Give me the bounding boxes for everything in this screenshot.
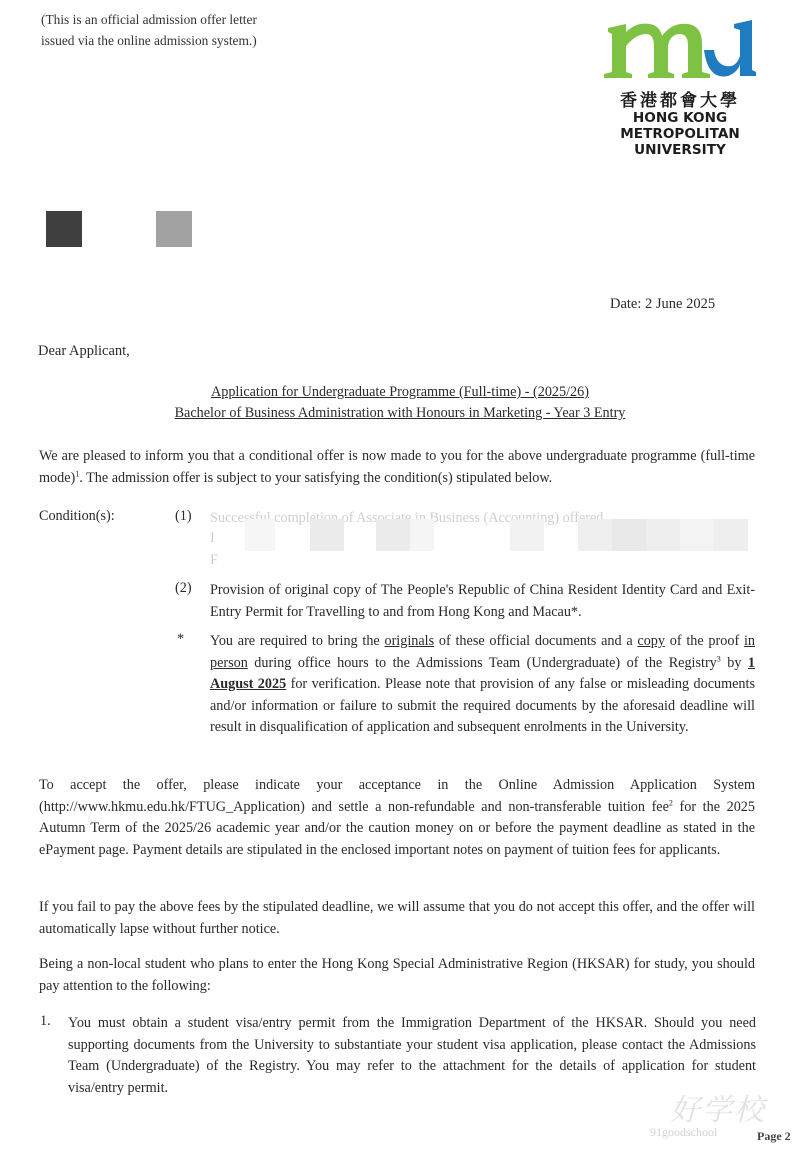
redaction-blur <box>680 519 714 551</box>
intro-paragraph: We are pleased to inform you that a cond… <box>39 446 755 489</box>
redaction-blur <box>245 519 275 551</box>
nonlocal-item-1-number: 1. <box>40 1013 51 1030</box>
official-letter-note: (This is an official admission offer let… <box>41 9 261 51</box>
mu-logo-mark-icon <box>598 10 758 82</box>
redaction-block-dark <box>46 211 82 247</box>
redaction-blur <box>510 519 544 551</box>
letter-date: Date: 2 June 2025 <box>610 296 715 313</box>
lapse-paragraph: If you fail to pay the above fees by the… <box>39 897 755 940</box>
redaction-blur <box>310 519 344 551</box>
programme-title: Bachelor of Business Administration with… <box>0 403 800 424</box>
condition-2-number: (2) <box>175 580 192 597</box>
watermark: 好学校 91goodschool <box>650 1085 800 1155</box>
condition-2-text: Provision of original copy of The People… <box>210 580 755 623</box>
application-title: Application for Undergraduate Programme … <box>0 382 800 403</box>
programme-titles: Application for Undergraduate Programme … <box>0 382 800 424</box>
footnote-marker: * <box>177 631 184 648</box>
redaction-blur <box>410 519 434 551</box>
redaction-block-light <box>156 211 192 247</box>
nonlocal-intro: Being a non-local student who plans to e… <box>39 954 755 997</box>
redaction-blur <box>612 519 646 551</box>
watermark-cn: 好学校 <box>670 1085 766 1129</box>
redaction-blur <box>714 519 748 551</box>
redaction-blur <box>578 519 612 551</box>
conditions-label: Condition(s): <box>39 508 115 525</box>
condition-1-number: (1) <box>175 508 192 525</box>
documents-footnote: You are required to bring the originals … <box>210 631 755 739</box>
university-logo: 香港都會大學 HONG KONG METROPOLITAN UNIVERSITY <box>598 10 758 162</box>
logo-english-name: HONG KONG METROPOLITAN UNIVERSITY <box>598 110 762 158</box>
redaction-blur <box>646 519 680 551</box>
salutation: Dear Applicant, <box>38 343 130 360</box>
acceptance-paragraph: To accept the offer, please indicate you… <box>39 775 755 861</box>
watermark-en: 91goodschool <box>650 1125 717 1140</box>
page-number: Page 2 <box>757 1129 791 1144</box>
logo-chinese-name: 香港都會大學 <box>610 86 750 111</box>
redaction-blur <box>376 519 410 551</box>
